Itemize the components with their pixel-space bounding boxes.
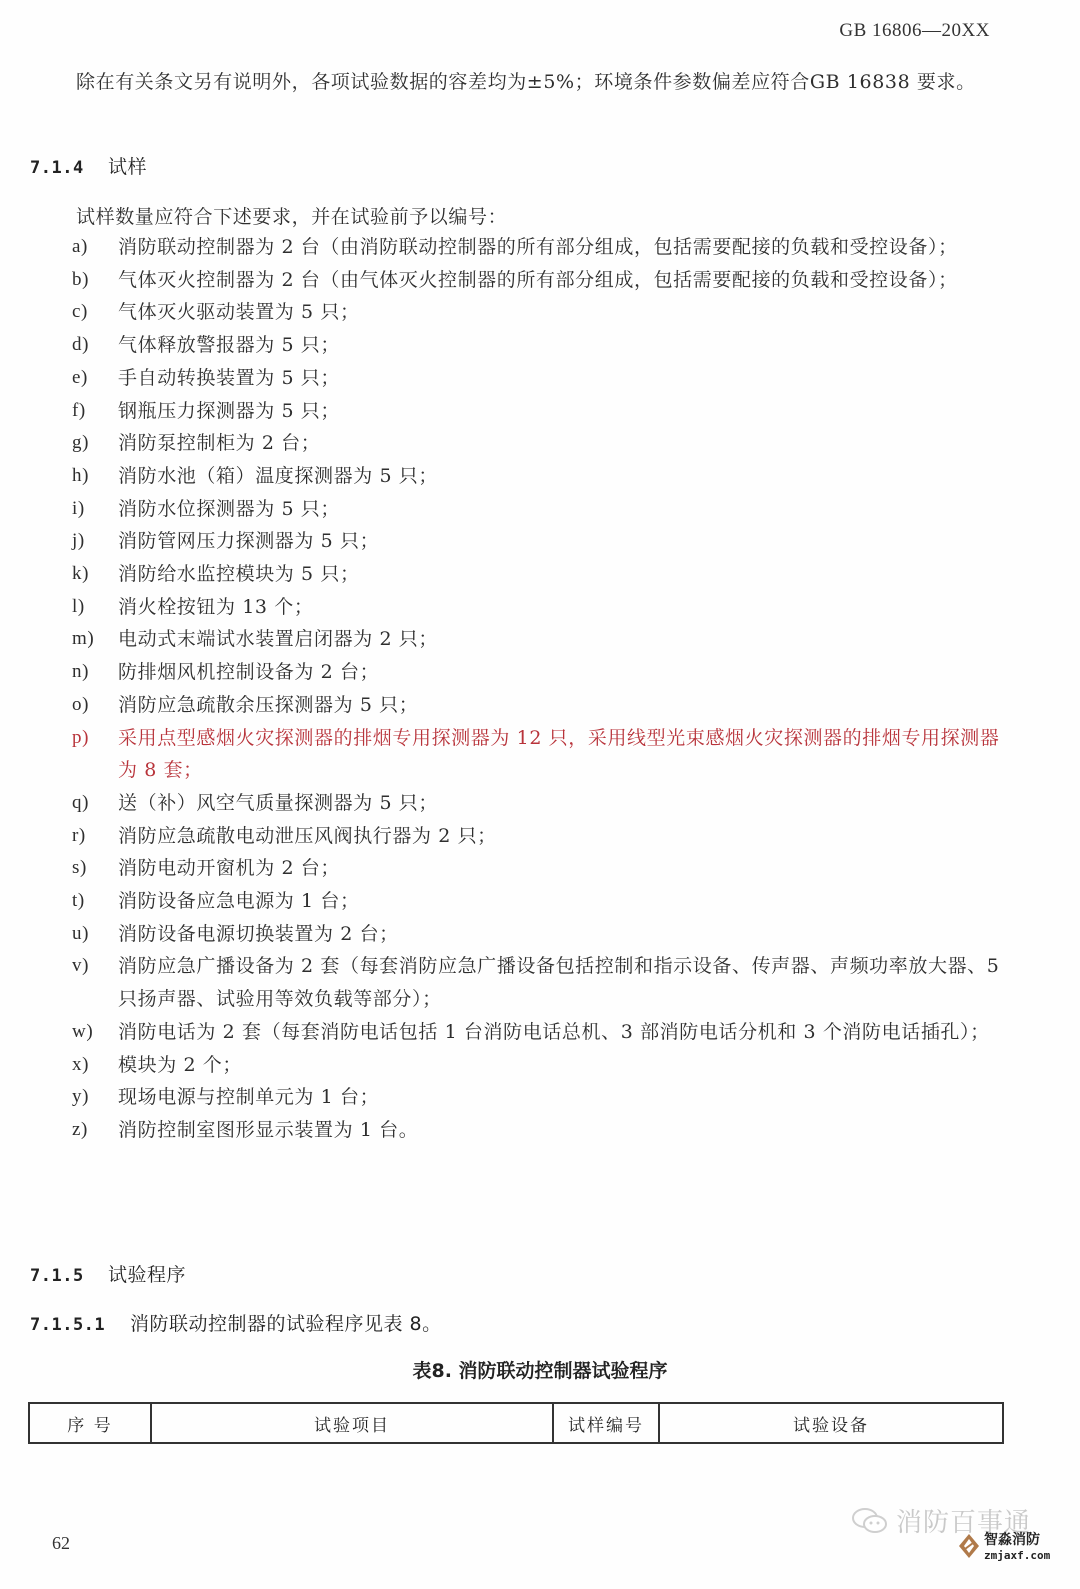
list-item-text: 消火栓按钮为 13 个； <box>118 596 313 618</box>
section-heading-7-1-5: 7.1.5试验程序 <box>30 1260 186 1287</box>
intro-paragraph: 除在有关条文另有说明外，各项试验数据的容差均为±5%；环境条件参数偏差应符合GB… <box>30 66 1010 99</box>
list-item: z)消防控制室图形显示装置为 1 台。 <box>72 1114 1012 1147</box>
list-marker: n) <box>72 656 112 689</box>
section-heading-7-1-4: 7.1.4试样 <box>30 152 147 179</box>
list-item: d)气体释放警报器为 5 只； <box>72 329 1012 362</box>
list-marker: g) <box>72 427 112 460</box>
list-item-text: 消防电话为 2 套（每套消防电话包括 1 台消防电话总机、3 部消防电话分机和 … <box>118 1021 990 1043</box>
list-marker: l) <box>72 591 112 624</box>
list-marker: h) <box>72 460 112 493</box>
list-item-text: 消防控制室图形显示装置为 1 台。 <box>118 1119 418 1141</box>
list-item: f)钢瓶压力探测器为 5 只； <box>72 395 1012 428</box>
list-item: b)气体灭火控制器为 2 台（由气体灭火控制器的所有部分组成，包括需要配接的负载… <box>72 264 1012 297</box>
list-item-text: 消防水位探测器为 5 只； <box>118 498 340 520</box>
list-marker: w) <box>72 1016 112 1049</box>
list-item: s)消防电动开窗机为 2 台； <box>72 852 1012 885</box>
list-marker: z) <box>72 1114 112 1147</box>
list-item-text: 气体灭火驱动装置为 5 只； <box>118 301 360 323</box>
samples-list: a)消防联动控制器为 2 台（由消防联动控制器的所有部分组成，包括需要配接的负载… <box>72 231 1012 1147</box>
column-header-seq: 序 号 <box>29 1403 151 1443</box>
brand-logo-icon <box>958 1533 980 1563</box>
section-number: 7.1.5 <box>30 1266 108 1286</box>
list-marker: s) <box>72 852 112 885</box>
list-item: w)消防电话为 2 套（每套消防电话包括 1 台消防电话总机、3 部消防电话分机… <box>72 1016 1012 1049</box>
document-page: GB 16806—20XX 除在有关条文另有说明外，各项试验数据的容差均为±5%… <box>0 0 1080 1589</box>
list-marker: j) <box>72 525 112 558</box>
brand-url: zmjaxf.com <box>984 1548 1050 1563</box>
list-marker: t) <box>72 885 112 918</box>
column-header-sample-no: 试样编号 <box>553 1403 659 1443</box>
list-item-text: 消防应急疏散电动泄压风阀执行器为 2 只； <box>118 825 497 847</box>
list-item-text: 消防泵控制柜为 2 台； <box>118 432 320 454</box>
list-item: i)消防水位探测器为 5 只； <box>72 493 1012 526</box>
list-item: g)消防泵控制柜为 2 台； <box>72 427 1012 460</box>
list-item-text: 气体灭火控制器为 2 台（由气体灭火控制器的所有部分组成，包括需要配接的负载和受… <box>118 269 958 291</box>
section-heading-7-1-5-1: 7.1.5.1消防联动控制器的试验程序见表 8。 <box>30 1309 442 1336</box>
list-item-text: 电动式末端试水装置启闭器为 2 只； <box>118 628 438 650</box>
list-marker: v) <box>72 950 112 983</box>
column-header-test-item: 试验项目 <box>151 1403 553 1443</box>
page-number: 62 <box>52 1533 70 1554</box>
list-item: t)消防设备应急电源为 1 台； <box>72 885 1012 918</box>
list-item: o)消防应急疏散余压探测器为 5 只； <box>72 689 1012 722</box>
list-item-text: 消防应急广播设备为 2 套（每套消防应急广播设备包括控制和指示设备、传声器、声频… <box>118 955 999 1010</box>
list-marker: b) <box>72 264 112 297</box>
list-item: c)气体灭火驱动装置为 5 只； <box>72 296 1012 329</box>
list-item-text: 消防电动开窗机为 2 台； <box>118 857 340 879</box>
list-item-text: 消防应急疏散余压探测器为 5 只； <box>118 694 418 716</box>
list-item-text: 消防给水监控模块为 5 只； <box>118 563 360 585</box>
samples-intro: 试样数量应符合下述要求，并在试验前予以编号： <box>76 202 507 229</box>
brand-name: 智淼消防 <box>984 1533 1050 1548</box>
list-item: k)消防给水监控模块为 5 只； <box>72 558 1012 591</box>
list-item: j)消防管网压力探测器为 5 只； <box>72 525 1012 558</box>
list-item: y)现场电源与控制单元为 1 台； <box>72 1081 1012 1114</box>
list-item: e)手自动转换装置为 5 只； <box>72 362 1012 395</box>
list-item-text: 现场电源与控制单元为 1 台； <box>118 1086 379 1108</box>
wechat-icon <box>850 1506 890 1536</box>
list-item: r)消防应急疏散电动泄压风阀执行器为 2 只； <box>72 820 1012 853</box>
list-marker: e) <box>72 362 112 395</box>
list-item-text: 消防设备应急电源为 1 台； <box>118 890 360 912</box>
list-item: v)消防应急广播设备为 2 套（每套消防应急广播设备包括控制和指示设备、传声器、… <box>72 950 1012 1015</box>
list-item-text: 气体释放警报器为 5 只； <box>118 334 340 356</box>
list-marker: a) <box>72 231 112 264</box>
list-item: u)消防设备电源切换装置为 2 台； <box>72 918 1012 951</box>
list-item-highlighted: p)采用点型感烟火灾探测器的排烟专用探测器为 12 只，采用线型光束感烟火灾探测… <box>72 722 1012 787</box>
list-marker: m) <box>72 623 112 656</box>
list-item: x)模块为 2 个； <box>72 1049 1012 1082</box>
list-marker: i) <box>72 493 112 526</box>
list-item-text: 送（补）风空气质量探测器为 5 只； <box>118 792 438 814</box>
list-item-text: 防排烟风机控制设备为 2 台； <box>118 661 379 683</box>
test-procedure-table: 序 号 试验项目 试样编号 试验设备 <box>28 1402 1004 1444</box>
list-item: m)电动式末端试水装置启闭器为 2 只； <box>72 623 1012 656</box>
list-marker: k) <box>72 558 112 591</box>
list-item-text: 手自动转换装置为 5 只； <box>118 367 340 389</box>
list-item: a)消防联动控制器为 2 台（由消防联动控制器的所有部分组成，包括需要配接的负载… <box>72 231 1012 264</box>
list-item: h)消防水池（箱）温度探测器为 5 只； <box>72 460 1012 493</box>
list-marker: f) <box>72 395 112 428</box>
list-marker: c) <box>72 296 112 329</box>
list-item-text: 消防联动控制器为 2 台（由消防联动控制器的所有部分组成，包括需要配接的负载和受… <box>118 236 958 258</box>
list-item-text: 消防水池（箱）温度探测器为 5 只； <box>118 465 438 487</box>
list-marker: r) <box>72 820 112 853</box>
column-header-test-equipment: 试验设备 <box>659 1403 1003 1443</box>
table-header-row: 序 号 试验项目 试样编号 试验设备 <box>29 1403 1003 1443</box>
list-marker: q) <box>72 787 112 820</box>
list-item: l)消火栓按钮为 13 个； <box>72 591 1012 624</box>
list-marker: d) <box>72 329 112 362</box>
list-item: n)防排烟风机控制设备为 2 台； <box>72 656 1012 689</box>
list-marker: x) <box>72 1049 112 1082</box>
list-item-text: 消防设备电源切换装置为 2 台； <box>118 923 399 945</box>
section-title: 试样 <box>108 156 147 178</box>
list-item: q)送（补）风空气质量探测器为 5 只； <box>72 787 1012 820</box>
list-item-text: 采用点型感烟火灾探测器的排烟专用探测器为 12 只，采用线型光束感烟火灾探测器的… <box>118 727 999 782</box>
section-title: 试验程序 <box>108 1264 186 1286</box>
watermark-brand: 智淼消防 zmjaxf.com <box>958 1533 1050 1563</box>
intro-paragraph-text: 除在有关条文另有说明外，各项试验数据的容差均为±5%；环境条件参数偏差应符合GB… <box>76 71 976 93</box>
standard-code: GB 16806—20XX <box>839 20 990 42</box>
list-marker: o) <box>72 689 112 722</box>
list-marker: u) <box>72 918 112 951</box>
list-item-text: 模块为 2 个； <box>118 1054 242 1076</box>
list-item-text: 消防管网压力探测器为 5 只； <box>118 530 379 552</box>
section-text: 消防联动控制器的试验程序见表 8。 <box>130 1313 442 1335</box>
list-marker: p) <box>72 722 112 755</box>
list-marker: y) <box>72 1081 112 1114</box>
section-number: 7.1.4 <box>30 158 108 178</box>
list-item-text: 钢瓶压力探测器为 5 只； <box>118 400 340 422</box>
table-caption: 表8. 消防联动控制器试验程序 <box>0 1356 1080 1383</box>
section-number: 7.1.5.1 <box>30 1315 130 1335</box>
